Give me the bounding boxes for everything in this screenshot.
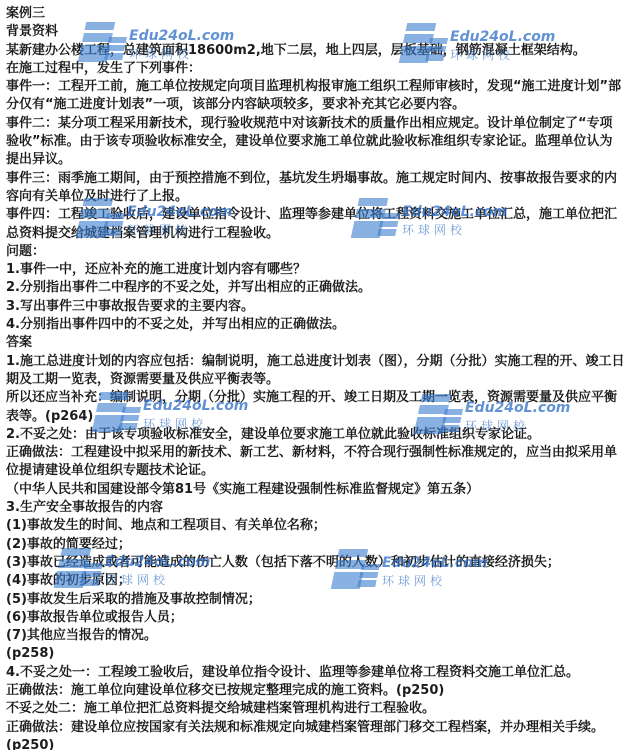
exam-document: 案例三 背景资料 某新建办公楼工程，总建筑面积18600m2,地下二层，地上四层… xyxy=(0,0,630,750)
answer-line: (5)事故发生后采取的措施及事故控制情况； xyxy=(6,591,625,609)
answer-line: 正确做法：工程建设中拟采用的新技术、新工艺、新材料，不符合现行强制性标准规定的，… xyxy=(6,444,625,481)
answer-line: (2)事故的简要经过； xyxy=(6,536,625,554)
answer-line: 2.不妥之处：由于该专项验收标准安全，建设单位要求施工单位就此验收标准组织专家论… xyxy=(6,426,625,444)
answer-line: (p258) xyxy=(6,645,625,663)
answer-line: (4)事故的初步原因； xyxy=(6,572,625,590)
answer-line: (1)事故发生的时间、地点和工程项目、有关单位名称； xyxy=(6,517,625,535)
question-4: 4.分别指出事件四中的不妥之处，并写出相应的正确做法。 xyxy=(6,316,625,334)
event-paragraph-4: 事件四：工程竣工验收后，建设单位指令设计、监理等参建单位将工程资料交施工单位汇总… xyxy=(6,206,625,243)
answer-line: 1.施工总进度计划的内容应包括：编制说明，施工总进度计划表（图），分期（分批）实… xyxy=(6,353,625,390)
answer-line: 所以还应当补充：编制说明，分期（分批）实施工程的开、竣工日期及工期一览表，资源需… xyxy=(6,389,625,426)
question-2: 2.分别指出事件二中程序的不妥之处，并写出相应的正确做法。 xyxy=(6,279,625,297)
answer-line: (3)事故已经造成或者可能造成的伤亡人数（包括下落不明的人数）和初步估计的直接经… xyxy=(6,554,625,572)
answer-line: (7)其他应当报告的情况。 xyxy=(6,627,625,645)
case-title: 案例三 xyxy=(6,5,625,23)
question-3: 3.写出事件三中事故报告要求的主要内容。 xyxy=(6,298,625,316)
answer-line: 3.生产安全事故报告的内容 xyxy=(6,499,625,517)
background-heading: 背景资料 xyxy=(6,23,625,41)
answer-line: 4.不妥之处一：工程竣工验收后，建设单位指令设计、监理等参建单位将工程资料交施工… xyxy=(6,664,625,682)
answer-line: 不妥之处二：施工单位把汇总资料提交给城建档案管理机构进行工程验收。 xyxy=(6,700,625,718)
event-paragraph-2: 事件二：某分项工程采用新技术，现行验收规范中对该新技术的质量作出相应规定。设计单… xyxy=(6,115,625,170)
questions-heading: 问题： xyxy=(6,243,625,261)
background-line: 在施工过程中，发生了下列事件： xyxy=(6,60,625,78)
answer-line: 正确做法：施工单位向建设单位移交已按规定整理完成的施工资料。(p250) xyxy=(6,682,625,700)
question-1: 1.事件一中，还应补充的施工进度计划内容有哪些？ xyxy=(6,261,625,279)
event-paragraph-3: 事件三：雨季施工期间，由于预控措施不到位，基坑发生坍塌事故。施工规定时间内、按事… xyxy=(6,170,625,207)
event-paragraph-1: 事件一：工程开工前，施工单位按规定向项目监理机构报审施工组织工程师审核时，发现“… xyxy=(6,78,625,115)
answer-line: 正确做法：建设单位应按国家有关法规和标准规定向城建档案管理部门移交工程档案，并办… xyxy=(6,719,625,750)
background-line: 某新建办公楼工程，总建筑面积18600m2,地下二层，地上四层，层板基础，钢筋混… xyxy=(6,42,625,60)
answer-line: （中华人民共和国建设部令第81号《实施工程建设强制性标准监督规定》第五条） xyxy=(6,481,625,499)
answer-line: (6)事故报告单位或报告人员； xyxy=(6,609,625,627)
answers-heading: 答案 xyxy=(6,334,625,352)
